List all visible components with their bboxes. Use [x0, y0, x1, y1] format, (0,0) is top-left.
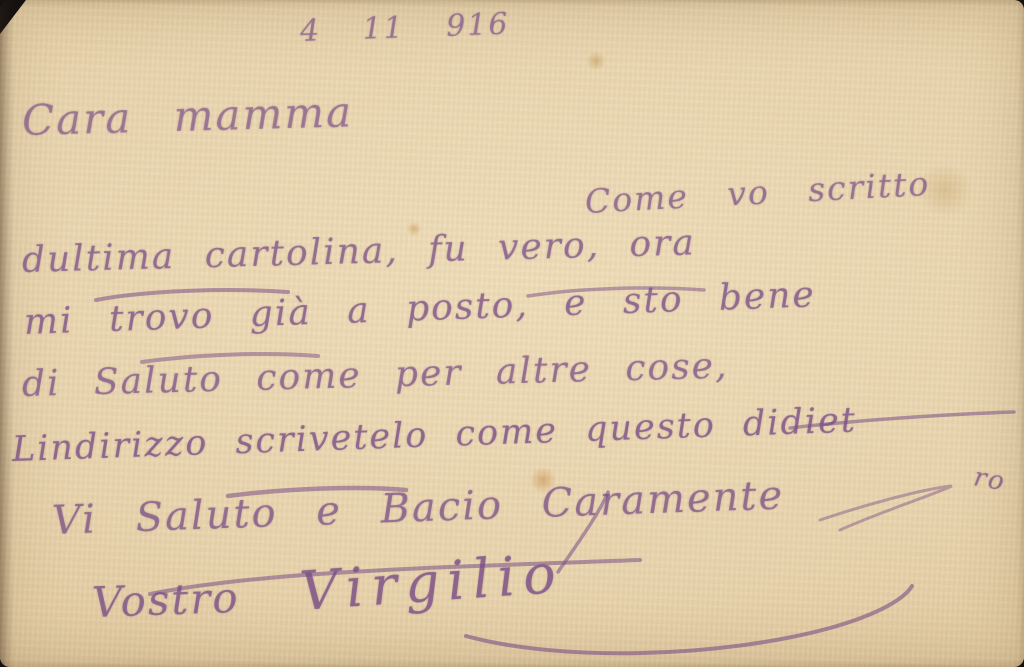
handwriting-line: dultima cartolina, fu vero, ora	[21, 222, 696, 281]
postcard-paper: 4 11 916 Cara mamma Come vo scritto dult…	[0, 0, 1024, 667]
handwriting-line: Lindirizzo scrivetelo come questo didiet	[11, 401, 857, 470]
handwriting-line: mi trovo già a posto, e sto bene	[23, 274, 816, 343]
paper-stain	[585, 52, 607, 70]
date-line: 4 11 916	[299, 7, 510, 49]
handwriting-line: Come vo scritto	[584, 164, 931, 221]
salutation: Cara mamma	[21, 87, 353, 145]
signature-name: Virgilio	[298, 542, 566, 623]
handwriting-line: di Saluto come per altre cose,	[21, 346, 728, 405]
postcard-photo: 4 11 916 Cara mamma Come vo scritto dult…	[0, 0, 1024, 667]
signature-closing: Vostro	[91, 573, 240, 627]
handwriting-line: Vi Saluto e Bacio Caramente	[51, 472, 785, 544]
flourish-stroke	[820, 486, 952, 530]
handwriting-wrap-fragment: ro	[971, 462, 1008, 497]
paper-edge-shadow	[0, 0, 14, 667]
